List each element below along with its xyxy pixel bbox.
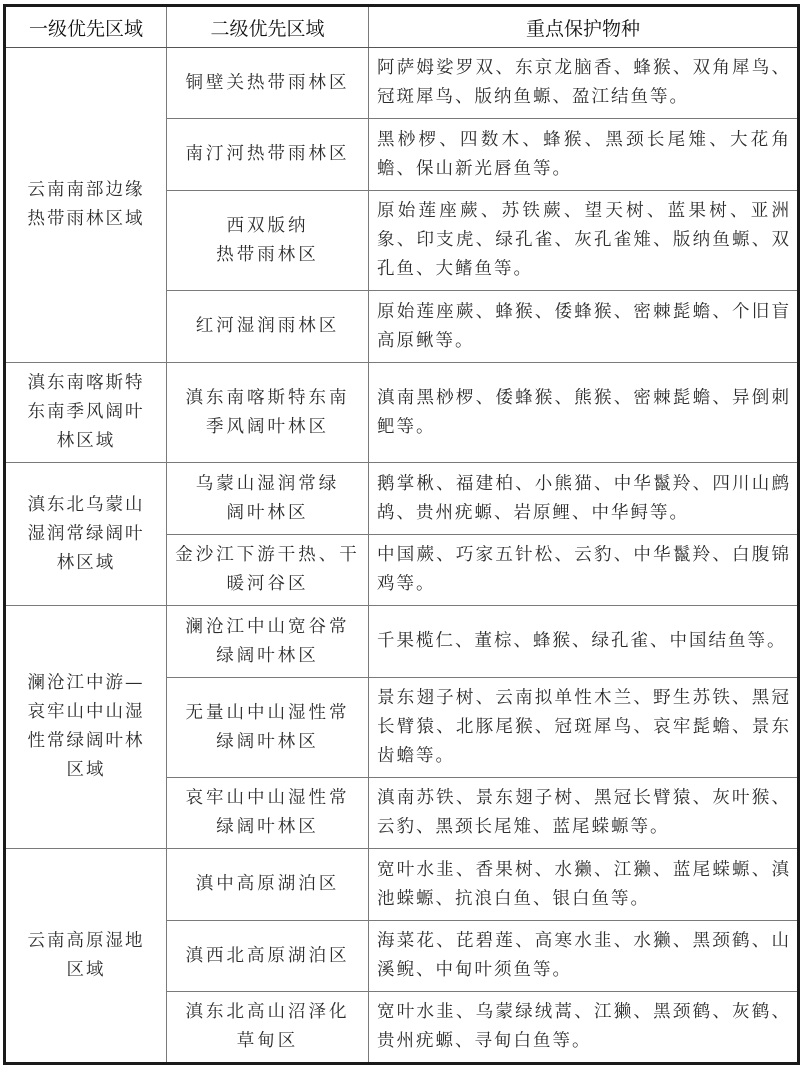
secondary-area-line: 绿阔叶林区 bbox=[173, 642, 362, 671]
primary-area-line: 云南南部边缘 bbox=[12, 176, 160, 205]
primary-area-line: 区域 bbox=[12, 756, 160, 785]
secondary-area-line: 澜沧江中山宽谷常 bbox=[173, 613, 362, 642]
secondary-area-cell: 哀牢山中山湿性常绿阔叶林区 bbox=[167, 778, 369, 849]
secondary-area-cell: 南汀河热带雨林区 bbox=[167, 119, 369, 191]
secondary-area-cell: 澜沧江中山宽谷常绿阔叶林区 bbox=[167, 606, 369, 678]
header-row: 一级优先区域 二级优先区域 重点保护物种 bbox=[5, 6, 799, 48]
key-species-cell: 中国蕨、巧家五针松、云豹、中华鬣羚、白腹锦鸡等。 bbox=[369, 535, 799, 606]
secondary-area-cell: 铜壁关热带雨林区 bbox=[167, 48, 369, 119]
primary-area-line: 性常绿阔叶林 bbox=[12, 727, 160, 756]
key-species-cell: 原始莲座蕨、苏铁蕨、望天树、蓝果树、亚洲象、印支虎、绿孔雀、灰孔雀雉、版纳鱼螈、… bbox=[369, 191, 799, 291]
secondary-area-line: 阔叶林区 bbox=[173, 499, 362, 528]
primary-area-cell: 滇东北乌蒙山湿润常绿阔叶林区域 bbox=[5, 463, 167, 606]
primary-area-line: 哀牢山中山湿 bbox=[12, 698, 160, 727]
key-species-cell: 鹅掌楸、福建柏、小熊猫、中华鬣羚、四川山鹧鸪、贵州疣螈、岩原鲤、中华鲟等。 bbox=[369, 463, 799, 535]
secondary-area-line: 滇中高原湖泊区 bbox=[173, 870, 362, 899]
key-species-cell: 阿萨姆娑罗双、东京龙脑香、蜂猴、双角犀鸟、冠斑犀鸟、版纳鱼螈、盈江结鱼等。 bbox=[369, 48, 799, 119]
primary-area-line: 澜沧江中游— bbox=[12, 669, 160, 698]
key-species-cell: 千果榄仁、董棕、蜂猴、绿孔雀、中国结鱼等。 bbox=[369, 606, 799, 678]
table-row: 滇东北乌蒙山湿润常绿阔叶林区域乌蒙山湿润常绿阔叶林区鹅掌楸、福建柏、小熊猫、中华… bbox=[5, 463, 799, 535]
table-row: 滇东南喀斯特东南季风阔叶林区域滇东南喀斯特东南季风阔叶林区滇南黑桫椤、倭蜂猴、熊… bbox=[5, 363, 799, 463]
secondary-area-cell: 滇中高原湖泊区 bbox=[167, 849, 369, 921]
primary-area-line: 林区域 bbox=[12, 427, 160, 456]
key-species-cell: 宽叶水韭、乌蒙绿绒蒿、江獭、黑颈鹤、灰鹤、贵州疣螈、寻甸白鱼等。 bbox=[369, 992, 799, 1064]
primary-area-line: 云南高原湿地 bbox=[12, 927, 160, 956]
header-secondary-area: 二级优先区域 bbox=[167, 6, 369, 48]
secondary-area-line: 金沙江下游干热、干 bbox=[173, 541, 362, 570]
key-species-cell: 黑桫椤、四数木、蜂猴、黑颈长尾雉、大花角蟾、保山新光唇鱼等。 bbox=[369, 119, 799, 191]
primary-area-line: 林区域 bbox=[12, 549, 160, 578]
secondary-area-cell: 滇东南喀斯特东南季风阔叶林区 bbox=[167, 363, 369, 463]
primary-area-line: 东南季风阔叶 bbox=[12, 398, 160, 427]
secondary-area-cell: 乌蒙山湿润常绿阔叶林区 bbox=[167, 463, 369, 535]
primary-area-cell: 澜沧江中游—哀牢山中山湿性常绿阔叶林区域 bbox=[5, 606, 167, 849]
table-row: 云南高原湿地区域滇中高原湖泊区宽叶水韭、香果树、水獭、江獭、蓝尾蝾螈、滇池蝾螈、… bbox=[5, 849, 799, 921]
secondary-area-line: 铜壁关热带雨林区 bbox=[173, 69, 362, 98]
secondary-area-cell: 无量山中山湿性常绿阔叶林区 bbox=[167, 678, 369, 778]
secondary-area-cell: 红河湿润雨林区 bbox=[167, 291, 369, 363]
key-species-cell: 宽叶水韭、香果树、水獭、江獭、蓝尾蝾螈、滇池蝾螈、抗浪白鱼、银白鱼等。 bbox=[369, 849, 799, 921]
secondary-area-cell: 滇西北高原湖泊区 bbox=[167, 921, 369, 992]
key-species-cell: 滇南黑桫椤、倭蜂猴、熊猴、密棘髭蟾、异倒刺鲃等。 bbox=[369, 363, 799, 463]
secondary-area-line: 南汀河热带雨林区 bbox=[173, 140, 362, 169]
primary-area-line: 区域 bbox=[12, 956, 160, 985]
secondary-area-line: 暖河谷区 bbox=[173, 570, 362, 599]
secondary-area-line: 季风阔叶林区 bbox=[173, 413, 362, 442]
primary-area-line: 热带雨林区域 bbox=[12, 205, 160, 234]
secondary-area-line: 哀牢山中山湿性常 bbox=[173, 784, 362, 813]
secondary-area-line: 滇西北高原湖泊区 bbox=[173, 942, 362, 971]
secondary-area-cell: 西双版纳热带雨林区 bbox=[167, 191, 369, 291]
priority-areas-table: 一级优先区域 二级优先区域 重点保护物种 云南南部边缘热带雨林区域铜壁关热带雨林… bbox=[3, 4, 800, 1065]
key-species-cell: 原始莲座蕨、蜂猴、倭蜂猴、密棘髭蟾、个旧盲高原鳅等。 bbox=[369, 291, 799, 363]
secondary-area-line: 滇东北高山沼泽化 bbox=[173, 998, 362, 1027]
primary-area-line: 湿润常绿阔叶 bbox=[12, 520, 160, 549]
key-species-cell: 海菜花、芘碧莲、高寒水韭、水獭、黑颈鹤、山溪鲵、中甸叶须鱼等。 bbox=[369, 921, 799, 992]
secondary-area-cell: 金沙江下游干热、干暖河谷区 bbox=[167, 535, 369, 606]
primary-area-line: 滇东南喀斯特 bbox=[12, 369, 160, 398]
table-row: 澜沧江中游—哀牢山中山湿性常绿阔叶林区域澜沧江中山宽谷常绿阔叶林区千果榄仁、董棕… bbox=[5, 606, 799, 678]
key-species-cell: 滇南苏铁、景东翅子树、黑冠长臂猿、灰叶猴、云豹、黑颈长尾雉、蓝尾蝾螈等。 bbox=[369, 778, 799, 849]
header-key-species: 重点保护物种 bbox=[369, 6, 799, 48]
secondary-area-line: 草甸区 bbox=[173, 1027, 362, 1056]
primary-area-cell: 云南高原湿地区域 bbox=[5, 849, 167, 1064]
primary-area-cell: 滇东南喀斯特东南季风阔叶林区域 bbox=[5, 363, 167, 463]
secondary-area-line: 绿阔叶林区 bbox=[173, 813, 362, 842]
secondary-area-line: 红河湿润雨林区 bbox=[173, 312, 362, 341]
table-row: 云南南部边缘热带雨林区域铜壁关热带雨林区阿萨姆娑罗双、东京龙脑香、蜂猴、双角犀鸟… bbox=[5, 48, 799, 119]
secondary-area-line: 热带雨林区 bbox=[173, 241, 362, 270]
secondary-area-line: 滇东南喀斯特东南 bbox=[173, 384, 362, 413]
header-primary-area: 一级优先区域 bbox=[5, 6, 167, 48]
primary-area-cell: 云南南部边缘热带雨林区域 bbox=[5, 48, 167, 363]
secondary-area-line: 西双版纳 bbox=[173, 212, 362, 241]
key-species-cell: 景东翅子树、云南拟单性木兰、野生苏铁、黑冠长臂猿、北豚尾猴、冠斑犀鸟、哀牢髭蟾、… bbox=[369, 678, 799, 778]
secondary-area-cell: 滇东北高山沼泽化草甸区 bbox=[167, 992, 369, 1064]
secondary-area-line: 乌蒙山湿润常绿 bbox=[173, 470, 362, 499]
table-body: 云南南部边缘热带雨林区域铜壁关热带雨林区阿萨姆娑罗双、东京龙脑香、蜂猴、双角犀鸟… bbox=[5, 48, 799, 1064]
primary-area-line: 滇东北乌蒙山 bbox=[12, 491, 160, 520]
secondary-area-line: 无量山中山湿性常 bbox=[173, 699, 362, 728]
secondary-area-line: 绿阔叶林区 bbox=[173, 728, 362, 757]
